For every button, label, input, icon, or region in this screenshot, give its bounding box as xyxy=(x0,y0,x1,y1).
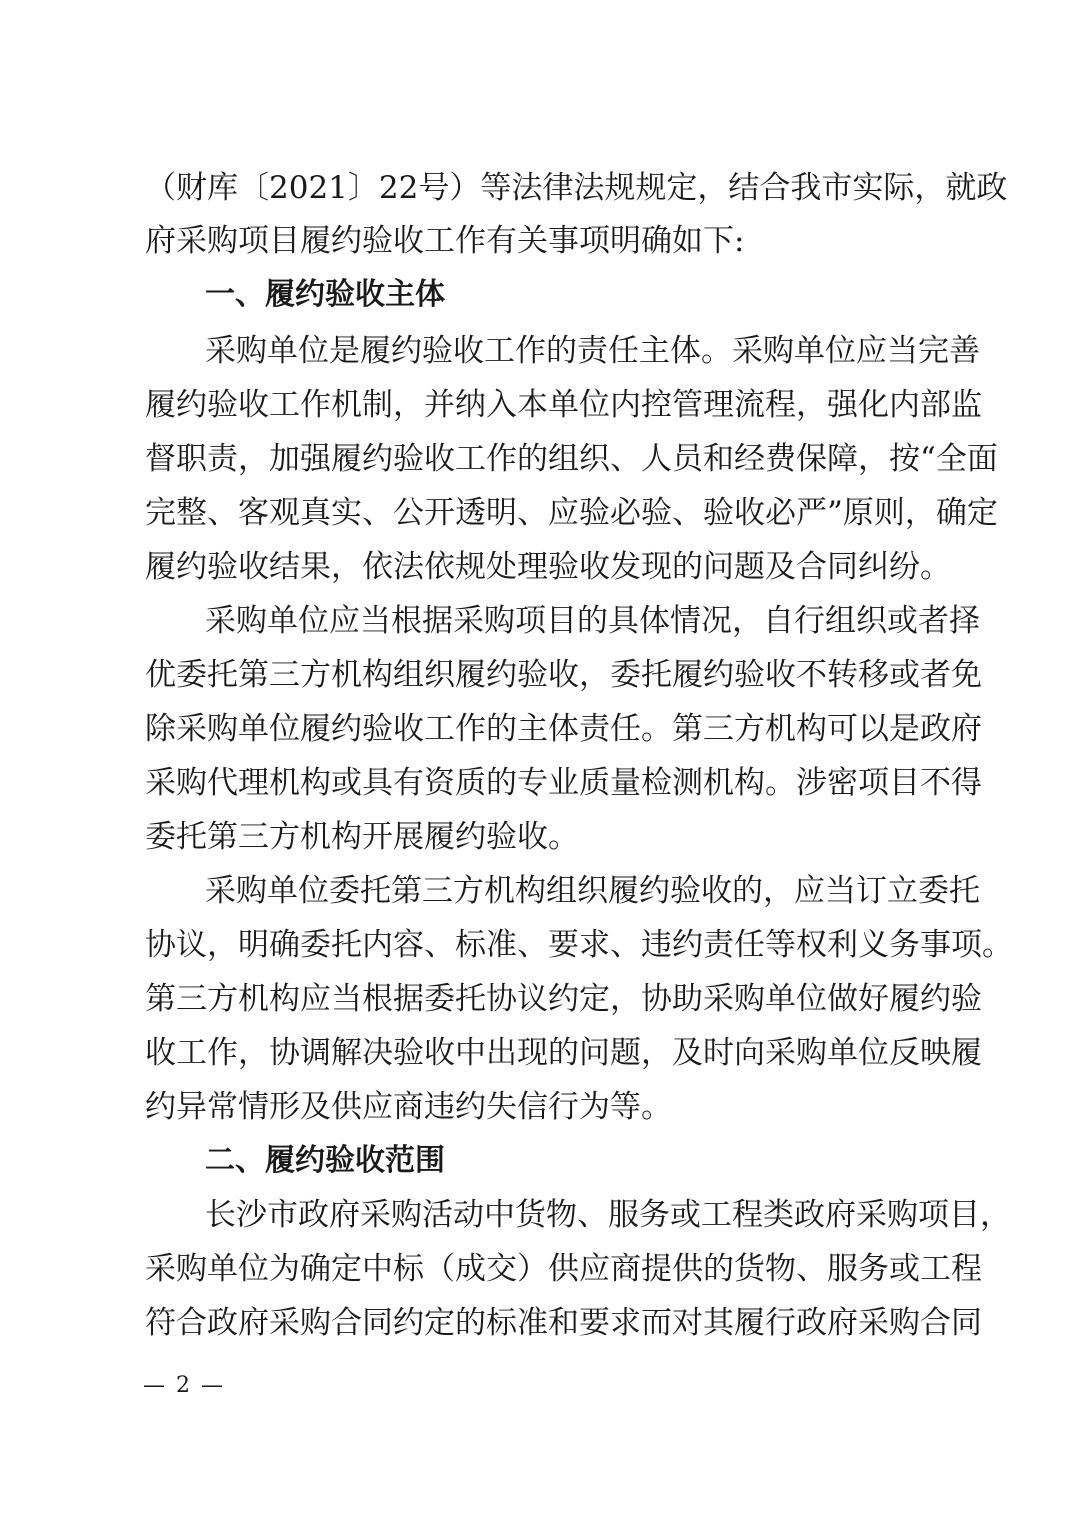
text-line: （财库〔2021〕22号）等法律法规规定，结合我市实际，就政 xyxy=(145,168,931,208)
text-line: 完整、客观真实、公开透明、应验必验、验收必严”原则，确定 xyxy=(145,493,931,533)
text-line: 收工作，协调解决验收中出现的问题，及时向采购单位反映履 xyxy=(145,1033,931,1073)
text-line: 除采购单位履约验收工作的主体责任。第三方机构可以是政府 xyxy=(145,709,931,749)
page-number: — 2 — xyxy=(143,1373,225,1399)
text-line: 采购单位是履约验收工作的责任主体。采购单位应当完善 xyxy=(205,331,931,371)
text-line: 优委托第三方机构组织履约验收，委托履约验收不转移或者免 xyxy=(145,655,931,695)
text-line: 约异常情形及供应商违约失信行为等。 xyxy=(145,1087,931,1127)
text-line: 府采购项目履约验收工作有关事项明确如下: xyxy=(145,221,931,261)
text-line: 符合政府采购合同约定的标准和要求而对其履行政府采购合同 xyxy=(145,1303,931,1343)
text-line: 督职责，加强履约验收工作的组织、人员和经费保障，按“全面 xyxy=(145,439,931,479)
text-line: 履约验收工作机制，并纳入本单位内控管理流程，强化内部监 xyxy=(145,385,931,425)
section-heading: 二、履约验收范围 xyxy=(205,1141,931,1181)
text-line: 采购代理机构或具有资质的专业质量检测机构。涉密项目不得 xyxy=(145,763,931,803)
text-line: 采购单位委托第三方机构组织履约验收的，应当订立委托 xyxy=(205,871,931,911)
text-line: 委托第三方机构开展履约验收。 xyxy=(145,817,931,857)
text-line: 第三方机构应当根据委托协议约定，协助采购单位做好履约验 xyxy=(145,979,931,1019)
text-line: 采购单位为确定中标（成交）供应商提供的货物、服务或工程 xyxy=(145,1249,931,1289)
text-line: 协议，明确委托内容、标准、要求、违约责任等权利义务事项。 xyxy=(145,925,931,965)
text-line: 履约验收结果，依法依规处理验收发现的问题及合同纠纷。 xyxy=(145,547,931,587)
text-line: 长沙市政府采购活动中货物、服务或工程类政府采购项目， xyxy=(205,1195,931,1235)
text-line: 采购单位应当根据采购项目的具体情况，自行组织或者择 xyxy=(205,601,931,641)
section-heading: 一、履约验收主体 xyxy=(205,275,931,315)
document-page: （财库〔2021〕22号）等法律法规规定，结合我市实际，就政 府采购项目履约验收… xyxy=(0,0,1074,1520)
